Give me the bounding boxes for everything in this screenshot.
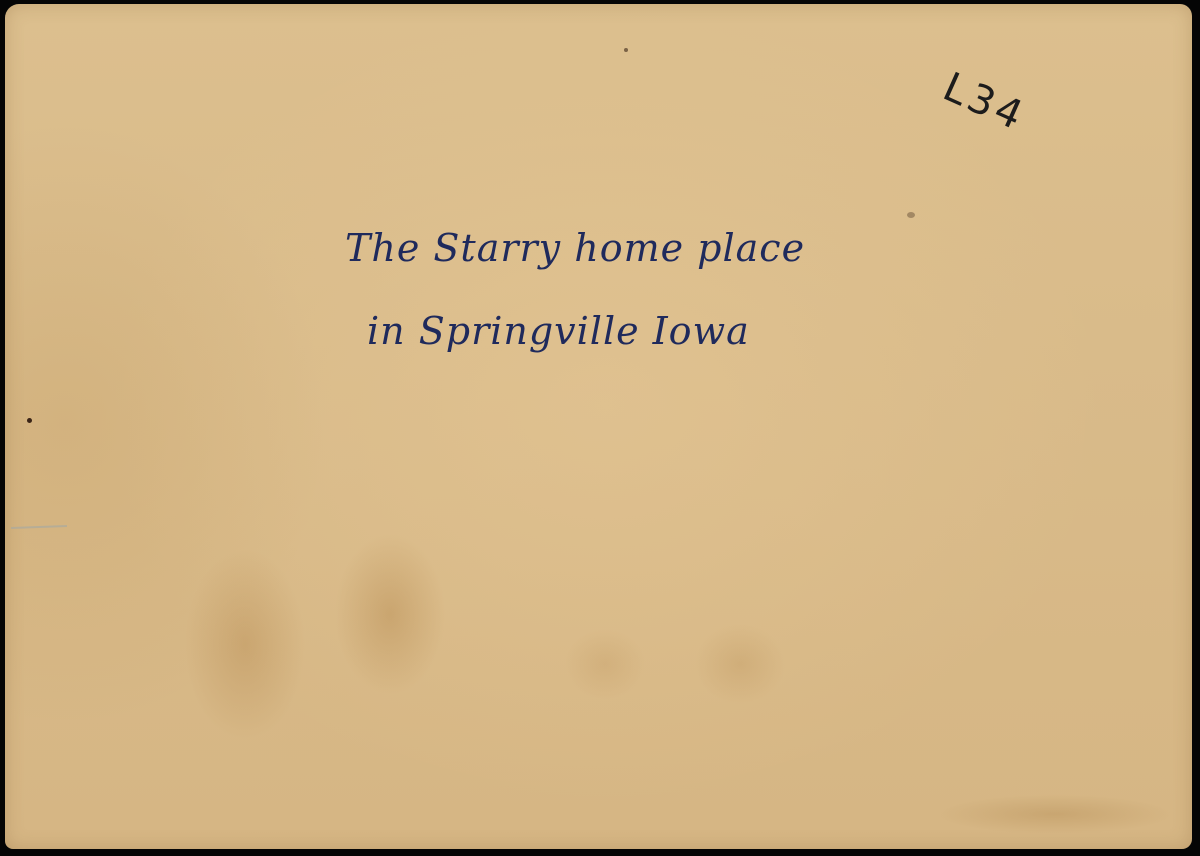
paper-speck <box>27 418 32 423</box>
paper-speck <box>907 212 915 218</box>
paper-speck <box>624 48 628 52</box>
scan-background: L34 The Starry home place in Springville… <box>0 0 1200 856</box>
inscription-line-1: The Starry home place <box>345 226 805 270</box>
edge-tear <box>11 525 67 529</box>
inscription-line-2: in Springville Iowa <box>367 309 750 353</box>
catalog-number: L34 <box>936 64 1033 141</box>
photo-card-back: L34 The Starry home place in Springville… <box>5 4 1192 849</box>
